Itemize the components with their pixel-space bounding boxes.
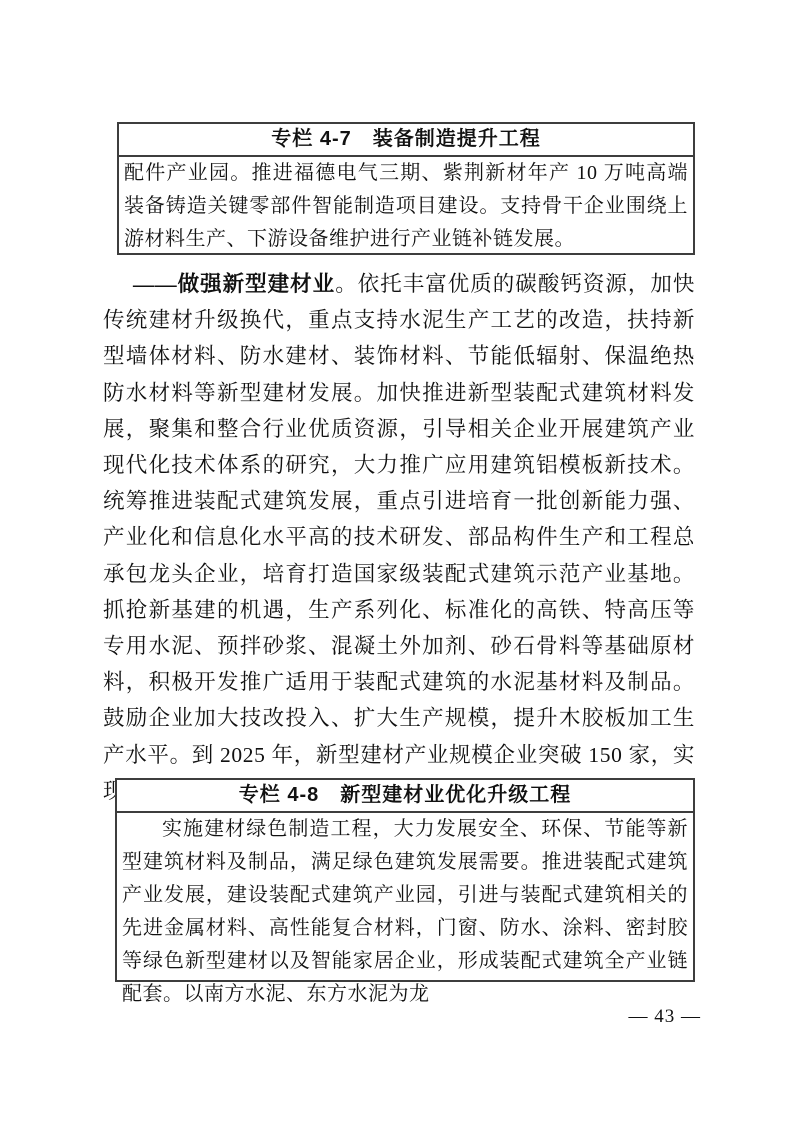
- callout-box-4-8-text: 实施建材绿色制造工程，大力发展安全、环保、节能等新型建筑材料及制品，满足绿色建筑…: [122, 813, 688, 1011]
- callout-box-4-7-title: 专栏 4-7 装备制造提升工程: [119, 124, 693, 157]
- callout-box-4-8: 专栏 4-8 新型建材业优化升级工程 实施建材绿色制造工程，大力发展安全、环保、…: [115, 778, 695, 982]
- callout-box-4-8-body: 实施建材绿色制造工程，大力发展安全、环保、节能等新型建筑材料及制品，满足绿色建筑…: [117, 813, 693, 1011]
- document-page: 专栏 4-7 装备制造提升工程 配件产业园。推进福德电气三期、紫荆新材年产 10…: [0, 0, 793, 1122]
- callout-box-4-7: 专栏 4-7 装备制造提升工程 配件产业园。推进福德电气三期、紫荆新材年产 10…: [117, 122, 695, 255]
- callout-box-4-7-text: 配件产业园。推进福德电气三期、紫荆新材年产 10 万吨高端装备铸造关键零部件智能…: [124, 157, 688, 256]
- page-number: — 43 —: [0, 1006, 701, 1028]
- callout-box-4-7-body: 配件产业园。推进福德电气三期、紫荆新材年产 10 万吨高端装备铸造关键零部件智能…: [119, 157, 693, 256]
- callout-box-4-8-title: 专栏 4-8 新型建材业优化升级工程: [117, 780, 693, 813]
- body-paragraph: ——做强新型建材业。依托丰富优质的碳酸钙资源，加快传统建材升级换代，重点支持水泥…: [103, 266, 695, 809]
- body-paragraph-bold-lead: ——做强新型建材业: [133, 272, 335, 296]
- body-paragraph-text: 。依托丰富优质的碳酸钙资源，加快传统建材升级换代，重点支持水泥生产工艺的改造，扶…: [103, 272, 695, 803]
